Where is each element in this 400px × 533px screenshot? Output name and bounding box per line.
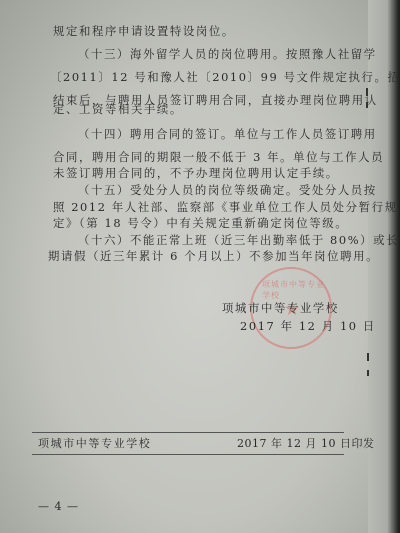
body-line: 期请假（近三年累计 6 个月以上）不参加当年岗位聘用。 bbox=[48, 249, 379, 263]
page-number: — 4 — bbox=[38, 500, 79, 514]
footer-issuer: 项城市中等专业学校 bbox=[38, 437, 151, 451]
section-15-heading: （十五）受处分人员的岗位等级确定。受处分人员按 bbox=[78, 183, 377, 197]
body-line: 未签订聘用合同的，不予办理岗位聘用认定手续。 bbox=[53, 166, 339, 180]
section-16-heading: （十六）不能正常上班（近三年出勤率低于 80%）或长 bbox=[78, 233, 399, 247]
body-line: 〔2011〕12 号和豫人社〔2010〕99 号文件规定执行。招聘 bbox=[50, 70, 400, 84]
body-line: 合同，聘用合同的期限一般不低于 3 年。单位与工作人员 bbox=[53, 150, 384, 164]
signature-date: 2017 年 12 月 10 日 bbox=[240, 319, 376, 333]
body-line: 定》（第 18 号令）中有关规定重新确定岗位等级。 bbox=[53, 216, 348, 230]
footer-bottom-rule bbox=[32, 454, 344, 455]
edge-mark bbox=[367, 353, 369, 361]
edge-mark bbox=[366, 102, 368, 108]
section-14-heading: （十四）聘用合同的签订。单位与工作人员签订聘用 bbox=[78, 127, 377, 141]
body-line: 定、工资等相关手续。 bbox=[53, 102, 183, 116]
seal-text: 项城市中等专业学校 bbox=[262, 279, 330, 301]
footer-top-rule bbox=[32, 432, 344, 433]
body-line: 照 2012 年人社部、监察部《事业单位工作人员处分暂行规 bbox=[53, 200, 398, 214]
edge-mark bbox=[366, 88, 368, 96]
edge-mark bbox=[367, 370, 369, 376]
signature-issuer: 项城市中等专业学校 bbox=[222, 301, 339, 315]
body-line: 规定和程序申请设置特设岗位。 bbox=[53, 24, 235, 38]
footer-issue-date: 2017 年 12 月 10 日印发 bbox=[237, 437, 374, 451]
section-13-heading: （十三）海外留学人员的岗位聘用。按照豫人社留学 bbox=[78, 47, 377, 61]
